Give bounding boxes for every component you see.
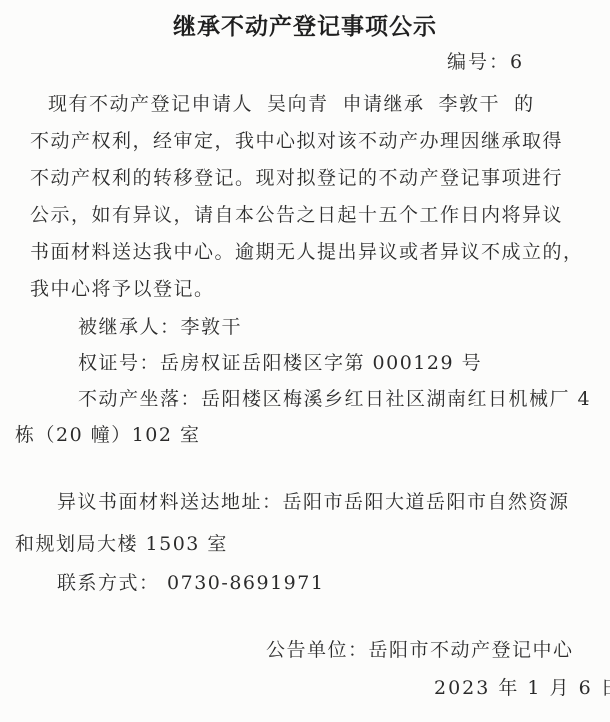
apply-inherit-text: 申请继承 [343, 93, 425, 115]
issue-date: 2023 年 1 月 6 日 [434, 673, 610, 700]
body-paragraph-line-3: 不动产权利的转移登记。现对拟登记的不动产登记事项进行 [30, 163, 563, 190]
applicant-prefix: 现有不动产登记申请人 [48, 93, 253, 115]
property-location-field-line-1: 不动产坐落：岳阳楼区梅溪乡红日社区湖南红日机械厂 4 [78, 384, 591, 411]
document-title: 继承不动产登记事项公示 [0, 8, 610, 41]
issuing-unit: 公告单位：岳阳市不动产登记中心 [266, 635, 574, 662]
property-location-field-line-2: 栋（20 幢）102 室 [15, 420, 201, 447]
applicant-name: 吴向青 [267, 93, 329, 115]
objection-address-line-1: 异议书面材料送达地址：岳阳市岳阳大道岳阳市自然资源 [57, 487, 570, 514]
body-paragraph-line-4: 公示，如有异议，请自本公告之日起十五个工作日内将异议 [30, 200, 563, 227]
decedent-name: 李敦干 [439, 93, 501, 115]
body-paragraph-line-2: 不动产权利，经审定，我中心拟对该不动产办理因继承取得 [30, 126, 563, 153]
body-paragraph-line-1: 现有不动产登记申请人吴向青申请继承李敦干的 [48, 89, 535, 116]
body-paragraph-line-6: 我中心将予以登记。 [30, 274, 215, 301]
body-paragraph-line-5: 书面材料送达我中心。逾期无人提出异议或者异议不成立的， [30, 237, 584, 264]
objection-address-line-2: 和规划局大楼 1503 室 [15, 529, 228, 556]
line-suffix: 的 [514, 93, 535, 115]
certificate-number-field: 权证号：岳房权证岳阳楼区字第 000129 号 [78, 348, 482, 375]
serial-number: 编号：6 [447, 47, 524, 74]
notice-document: 继承不动产登记事项公示 编号：6 现有不动产登记申请人吴向青申请继承李敦干的 不… [0, 0, 610, 722]
contact-info: 联系方式： 0730-8691971 [57, 568, 324, 595]
decedent-field: 被继承人：李敦干 [78, 312, 242, 339]
